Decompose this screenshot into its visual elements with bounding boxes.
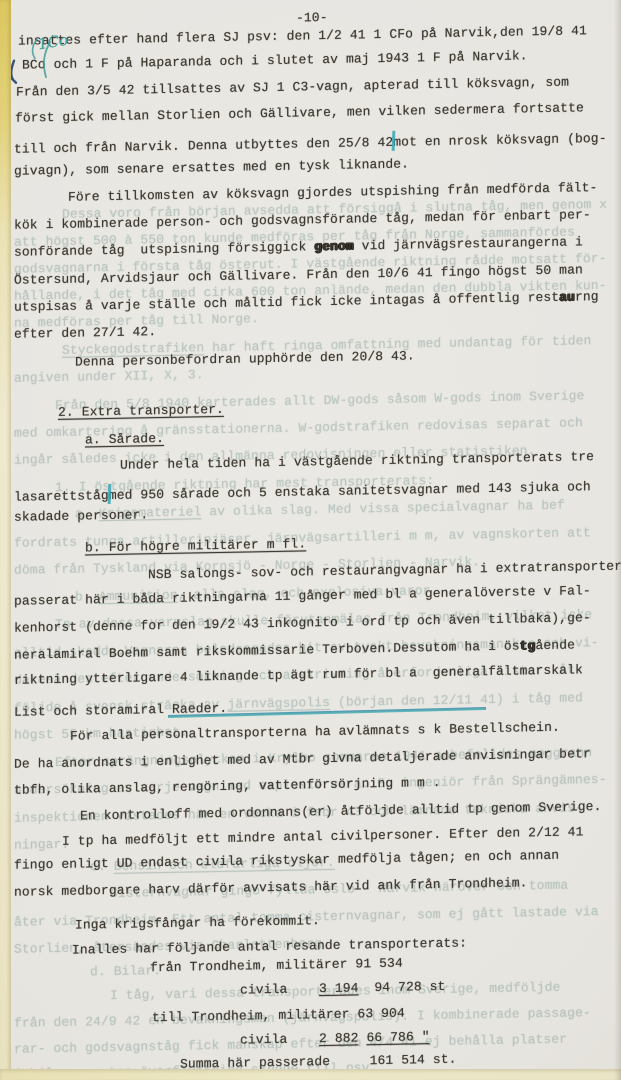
text-segment: 2 882 — [319, 1030, 359, 1046]
text-segment: au — [559, 289, 575, 304]
page-bottom-edge — [0, 1069, 621, 1080]
text-segment: angiven under XII, X, 3. — [14, 367, 204, 385]
text-segment: 94 728 st — [359, 979, 446, 996]
typed-line: efter den 27/1 42. — [14, 324, 156, 342]
page-content: Dessa voro från början avsedda att försi… — [0, 0, 621, 1080]
text-segment: List och storamiral Raeder. — [14, 701, 227, 720]
typed-line: från Trondheim, militärer 91 534 — [150, 956, 403, 976]
typed-line: först gick mellan Storlien och Gällivare… — [15, 100, 584, 125]
text-segment: tg — [520, 638, 536, 653]
typed-line: Från den 3/5 42 tillsattes av SJ 1 C3-va… — [16, 75, 569, 100]
text-segment: En kontrolloff med ordonnans(er) åtföljd… — [80, 799, 601, 824]
text-segment: ående — [536, 637, 576, 653]
bleed-line: angiven under XII, X, 3. — [14, 367, 204, 385]
typed-line: För alla personaltransporterna ha avlämn… — [70, 720, 560, 744]
text-segment: civila — [240, 981, 319, 997]
text-segment: 3 194 — [319, 980, 359, 996]
text-segment: mot en nrosk köksvagn (bog- — [393, 131, 606, 150]
blue-pen-mark-icon — [11, 61, 16, 83]
text-segment: 2. Extra transporter. — [58, 402, 224, 420]
text-segment: skadade personer. — [14, 507, 148, 524]
typed-line: riktning ytterligare 4 liknande tp ägt r… — [14, 662, 583, 687]
teal-ink-paren-stroke-icon — [33, 39, 37, 58]
ink-marks-overlay — [0, 0, 90, 100]
text-segment: civila — [240, 1031, 319, 1047]
typed-line: till och från Narvik. Denna utbyttes den… — [14, 127, 607, 158]
typed-line: En kontrolloff med ordonnans(er) åtföljd… — [80, 799, 601, 824]
text-segment: tbfh, olika anslag, rengöring, vattenför… — [14, 775, 441, 798]
typed-line: 2. Extra transporter. — [58, 402, 224, 420]
text-segment: efter den 27/1 42. — [14, 324, 156, 342]
text-segment: järnvägspolis — [227, 695, 330, 712]
text-segment: lasarettståg — [14, 488, 109, 505]
text-segment: riktning ytterligare 4 liknande tp ägt r… — [14, 662, 583, 687]
teal-ink-caret-stroke-icon — [44, 42, 50, 77]
typed-line: Inga krigsfångar ha förekommit. — [75, 913, 320, 932]
page-right-edge-shadow — [614, 0, 621, 1080]
text-segment: För alla personaltransporterna ha avlämn… — [70, 720, 560, 744]
text-segment: insattes efter hand flera SJ psv: den 1/… — [18, 23, 587, 48]
text-segment: neralamiral Boehm samt rikskommissarie T… — [14, 638, 520, 662]
text-segment: vid järnvägsrestaurangerna i — [354, 234, 583, 253]
text-segment: från Trondheim, militärer 91 534 — [150, 956, 403, 976]
text-segment: Från den 3/5 42 tillsattes av SJ 1 C3-va… — [16, 75, 569, 100]
scanned-document-page: { "doc": { "page_number": "-10-", "lines… — [0, 0, 621, 1080]
text-segment: genom — [314, 239, 354, 255]
text-segment: till och från Narvik. Denna utbyttes den… — [14, 135, 393, 157]
text-segment: a. Sårade. — [85, 431, 164, 447]
page-number: -10- — [296, 10, 328, 26]
typed-line: List och storamiral Raeder. — [14, 701, 227, 720]
text-segment: I tp ha medföljt ett mindre antal civilp… — [62, 824, 583, 849]
typed-line: BCo och 1 F på Haparanda och i slutet av… — [22, 48, 528, 72]
typed-line: insattes efter hand flera SJ psv: den 1/… — [18, 23, 587, 48]
text-segment: BCo och 1 F på Haparanda och i slutet av… — [22, 48, 528, 72]
text-segment: 66 786 " — [366, 1029, 429, 1045]
typed-line: tbfh, olika anslag, rengöring, vattenför… — [14, 775, 441, 798]
page-left-edge — [0, 0, 11, 1080]
typed-line: b. För högre militärer m fl. — [85, 536, 306, 555]
text-segment: b. För högre militärer m fl. — [85, 536, 306, 555]
text-segment: rng — [575, 289, 599, 304]
text-segment: först gick mellan Storlien och Gällivare… — [15, 100, 584, 125]
text-segment: Inga krigsfångar ha förekommit. — [75, 913, 320, 932]
typed-line: givagn), som senare ersattes med en tysk… — [14, 157, 409, 179]
blue-tick-mark — [107, 484, 110, 504]
text-segment: givagn), som senare ersattes med en tysk… — [14, 157, 409, 179]
typed-line: skadade personer. — [14, 507, 148, 524]
typed-line: a. Sårade. — [85, 431, 164, 447]
typed-line: I tp ha medföljt ett mindre antal civilp… — [62, 824, 583, 849]
